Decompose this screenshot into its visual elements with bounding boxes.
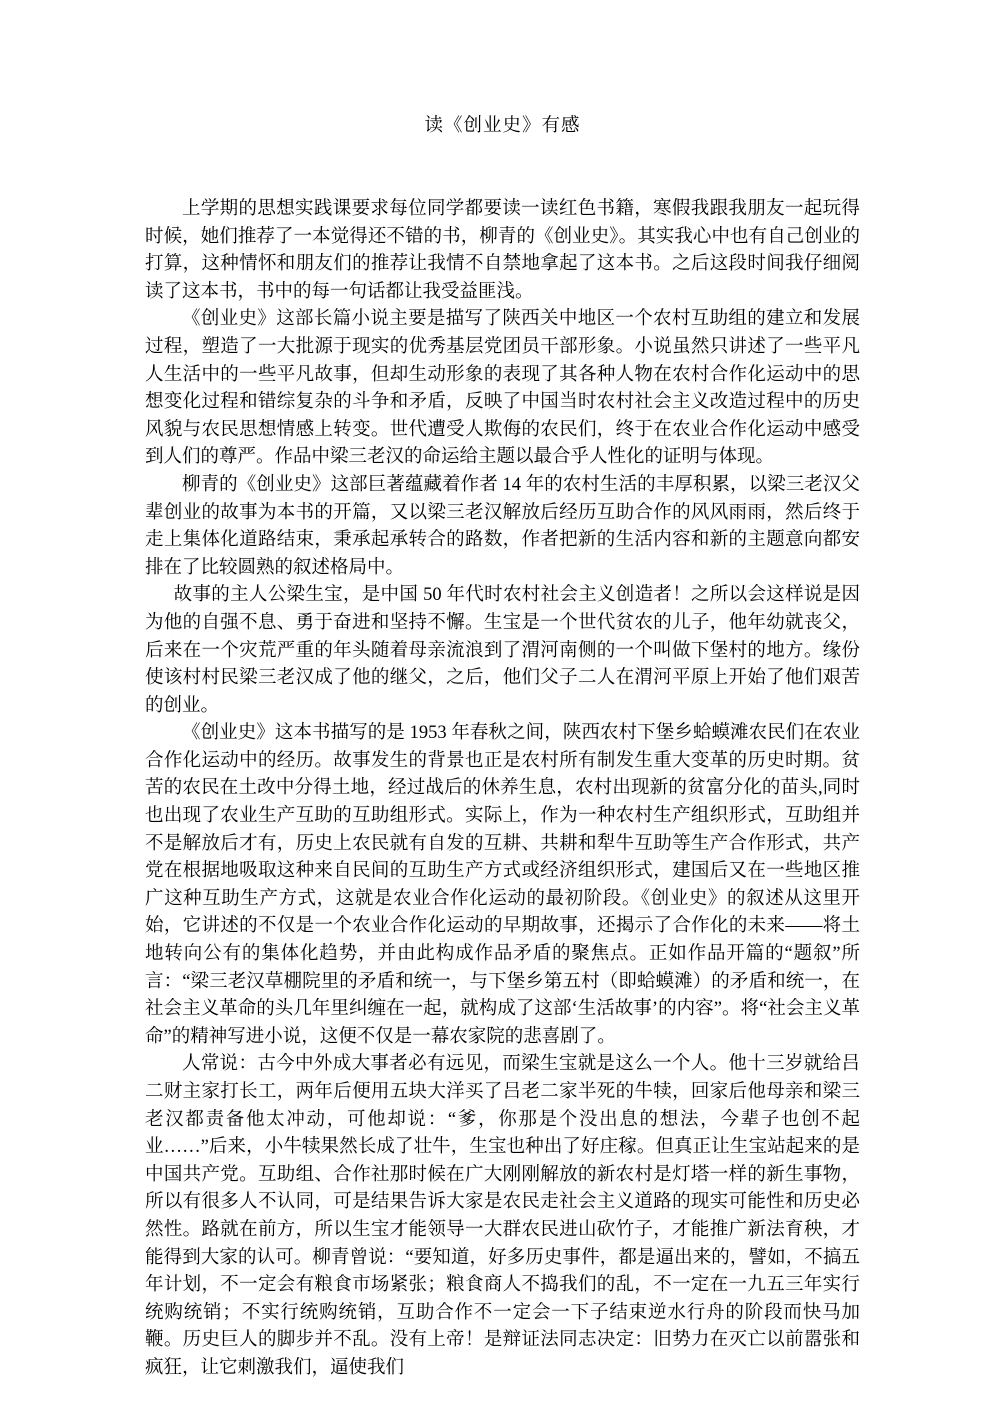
paragraph-3: 柳青的《创业史》这部巨著蕴藏着作者 14 年的农村生活的丰厚积累，以梁三老汉父辈… [145,472,860,582]
paragraph-1: 上学期的思想实践课要求每位同学都要读一读红色书籍，寒假我跟我朋友一起玩得时候，她… [145,196,860,306]
paragraph-5: 《创业史》这本书描写的是 1953 年春秋之间，陕西农村下堡乡蛤蟆滩农民们在农业… [145,720,860,1051]
document-title: 读《创业史》有感 [145,112,860,140]
document-body: 上学期的思想实践课要求每位同学都要读一读红色书籍，寒假我跟我朋友一起玩得时候，她… [145,196,860,1383]
paragraph-2: 《创业史》这部长篇小说主要是描写了陕西关中地区一个农村互助组的建立和发展过程，塑… [145,306,860,472]
document-page: 读《创业史》有感 上学期的思想实践课要求每位同学都要读一读红色书籍，寒假我跟我朋… [0,0,993,1404]
paragraph-4: 故事的主人公梁生宝，是中国 50 年代时农村社会主义创造者！之所以会这样说是因为… [145,582,860,720]
paragraph-6: 人常说：古今中外成大事者必有远见，而梁生宝就是这么一个人。他十三岁就给吕二财主家… [145,1051,860,1382]
